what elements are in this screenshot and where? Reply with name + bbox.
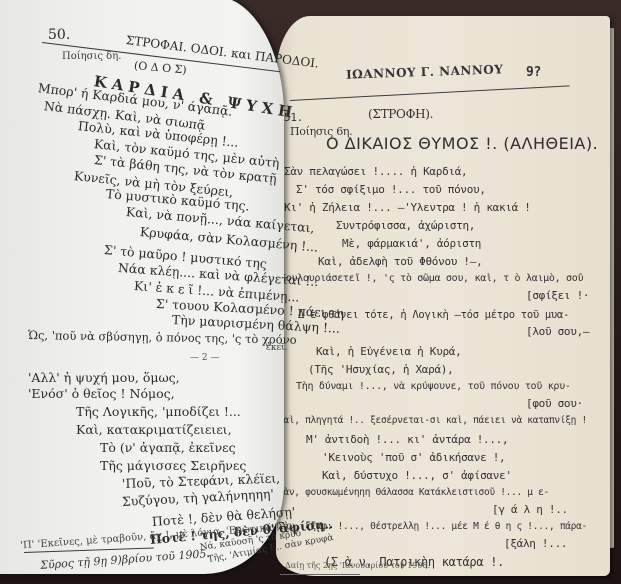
- verse-line: Καὶ, ἀδελφὴ τοῦ Φθόνου !—,: [318, 256, 482, 267]
- verse-line: 'Αλλ' ἡ ψυχή μου, ὅμως,: [28, 372, 180, 385]
- verse-line: Συντρόφισσα, ἀχώριστη,: [336, 220, 475, 231]
- verse-line: Τὴη δύναμι !..., νὰ κρύψουνε, τοῦ πόνου …: [296, 382, 571, 392]
- verse-line: Καὶ, πληγητά !.. ξεσέρνεται-σι καὶ, πάει…: [278, 416, 587, 426]
- verse-line: Καὶ, δύστυχο !..., σ' ἀφίσανε': [322, 470, 512, 481]
- right-poem-title: Ο ΔΙΚΑΙΟΣ ΘΥΜΟΣ !. (ΑΛΗΘΕΙΑ).: [326, 136, 598, 152]
- verse-line: Μὲ, φάρμακιά', ἀόριστη: [342, 238, 481, 249]
- right-running-header: ΙΩΑΝΝΟΥ Γ. ΝΑΝΝΟΥ: [346, 63, 504, 80]
- verse-line: 'Κεινοὺς 'ποῦ σ' ἀδικήσανε !,: [322, 452, 505, 463]
- verse-line: Τὸ (ν' ἀγαπᾷ, ἐκεῖνες: [100, 442, 236, 455]
- verse-line: Καὶ, κατακριματίζειειει,: [76, 424, 232, 437]
- right-header-rule: [290, 85, 570, 101]
- right-page: 9? ΙΩΑΝΝΟΥ Γ. ΝΑΝΝΟΥ 51. (ΣΤΡΟΦΗ). Ποίησ…: [276, 16, 610, 576]
- verse-line-continuation: [σφίξει !·: [526, 290, 589, 301]
- left-poem-label: Ποίησις δη.: [62, 52, 121, 62]
- verse-line: Τῆς Λογικῆς, 'μποδίζει !...: [76, 406, 241, 419]
- verse-line-continuation: [ξάλη !...: [504, 538, 567, 549]
- verse-line: Κουλουριάσετεῖ !, 'ς τὸ σῶμα σου, καὶ, τ…: [280, 274, 583, 284]
- right-signature: Δαίῃ τῆς 2ῃς 'Ιανουαρίου τοῦ 1908.: [285, 562, 430, 570]
- right-page-number: 9?: [526, 66, 541, 79]
- verse-line: ἐκεῖ.: [266, 344, 288, 353]
- left-page-number: 50.: [48, 28, 70, 42]
- section-mark: — 2 —: [190, 354, 219, 363]
- verse-line-continuation: [λοῦ σου,—: [526, 326, 589, 337]
- verse-line: Σ' τόσ σφίξιμο !... τοῦ πόνου,: [296, 184, 486, 195]
- verse-line: 'Ενόσ' ὁ θεῖος ! Νόμος,: [28, 388, 175, 401]
- verse-line: Σὰν, φουσκωμένηηη Θάλασσα Κατάκλειστισοῦ…: [278, 488, 549, 498]
- verse-line: Κι' ἡ Ζήλεια !... —'Υλεντρα ! ἡ κακιά !: [284, 202, 531, 213]
- left-page: 50. ΣΤΡΟΦΑΙ. ΟΔΟΙ. και ΠΑΡΟΔΟΙ. Ποίησις …: [0, 0, 284, 574]
- verse-line: Μ' ἀντιδοὴ !... κι' ἀντάρα !...,: [306, 434, 508, 445]
- left-section: (Ο Δ Ο Σ): [134, 60, 188, 76]
- verse-line: Σὰν πελαγώσει !.... ἡ Καρδιά,: [284, 166, 467, 177]
- verse-line-continuation: [φοῦ σου·: [526, 398, 583, 409]
- verse-line: Ὡς, 'ποῦ νὰ σβύσηγῃ, ὁ πόνος της, 'ς τὸ …: [28, 330, 297, 346]
- verse-line: Τῆς μάγισσες Σειρῆνες: [100, 460, 246, 473]
- verse-line-continuation: [γ ά λ η !..: [492, 504, 568, 515]
- verse-line: Συζύγου, τὴ γαλήνηηηη': [122, 488, 274, 508]
- right-footer-rule: [280, 574, 360, 575]
- right-section: (ΣΤΡΟΦΗ).: [368, 108, 433, 120]
- verse-line: Καὶ, ἡ Εὐγένεια ἡ Κυρά,: [316, 346, 461, 357]
- verse-line: (Τῆς 'Ησυχίας, ἡ Χαρά),: [308, 364, 453, 375]
